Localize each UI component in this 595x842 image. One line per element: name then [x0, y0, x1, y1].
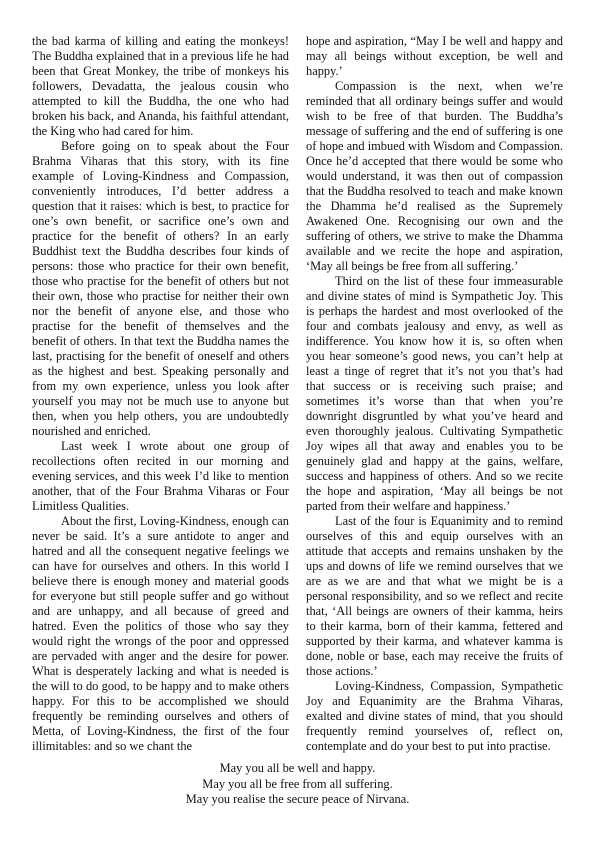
closing-blessing: May you all be well and happy. May you a…: [0, 761, 595, 808]
blessing-line: May you realise the secure peace of Nirv…: [0, 792, 595, 808]
paragraph-metta-aspiration: hope and aspiration, “May I be well and …: [306, 34, 563, 79]
right-column: hope and aspiration, “May I be well and …: [306, 34, 563, 754]
paragraph-self-and-others: Before going on to speak about the Four …: [32, 139, 289, 439]
paragraph-brahma-viharas-intro: Last week I wrote about one group of rec…: [32, 439, 289, 514]
blessing-line: May you all be free from all suffering.: [0, 777, 595, 793]
blessing-line: May you all be well and happy.: [0, 761, 595, 777]
paragraph-loving-kindness: About the first, Loving-Kindness, enough…: [32, 514, 289, 754]
paragraph-equanimity: Last of the four is Equanimity and to re…: [306, 514, 563, 679]
paragraph-sympathetic-joy: Third on the list of these four immeasur…: [306, 274, 563, 514]
paragraph-monkey-story-end: the bad karma of killing and eating the …: [32, 34, 289, 139]
left-column: the bad karma of killing and eating the …: [32, 34, 289, 754]
paragraph-compassion: Compassion is the next, when we’re remin…: [306, 79, 563, 274]
paragraph-conclusion: Loving-Kindness, Compassion, Sympathetic…: [306, 679, 563, 754]
